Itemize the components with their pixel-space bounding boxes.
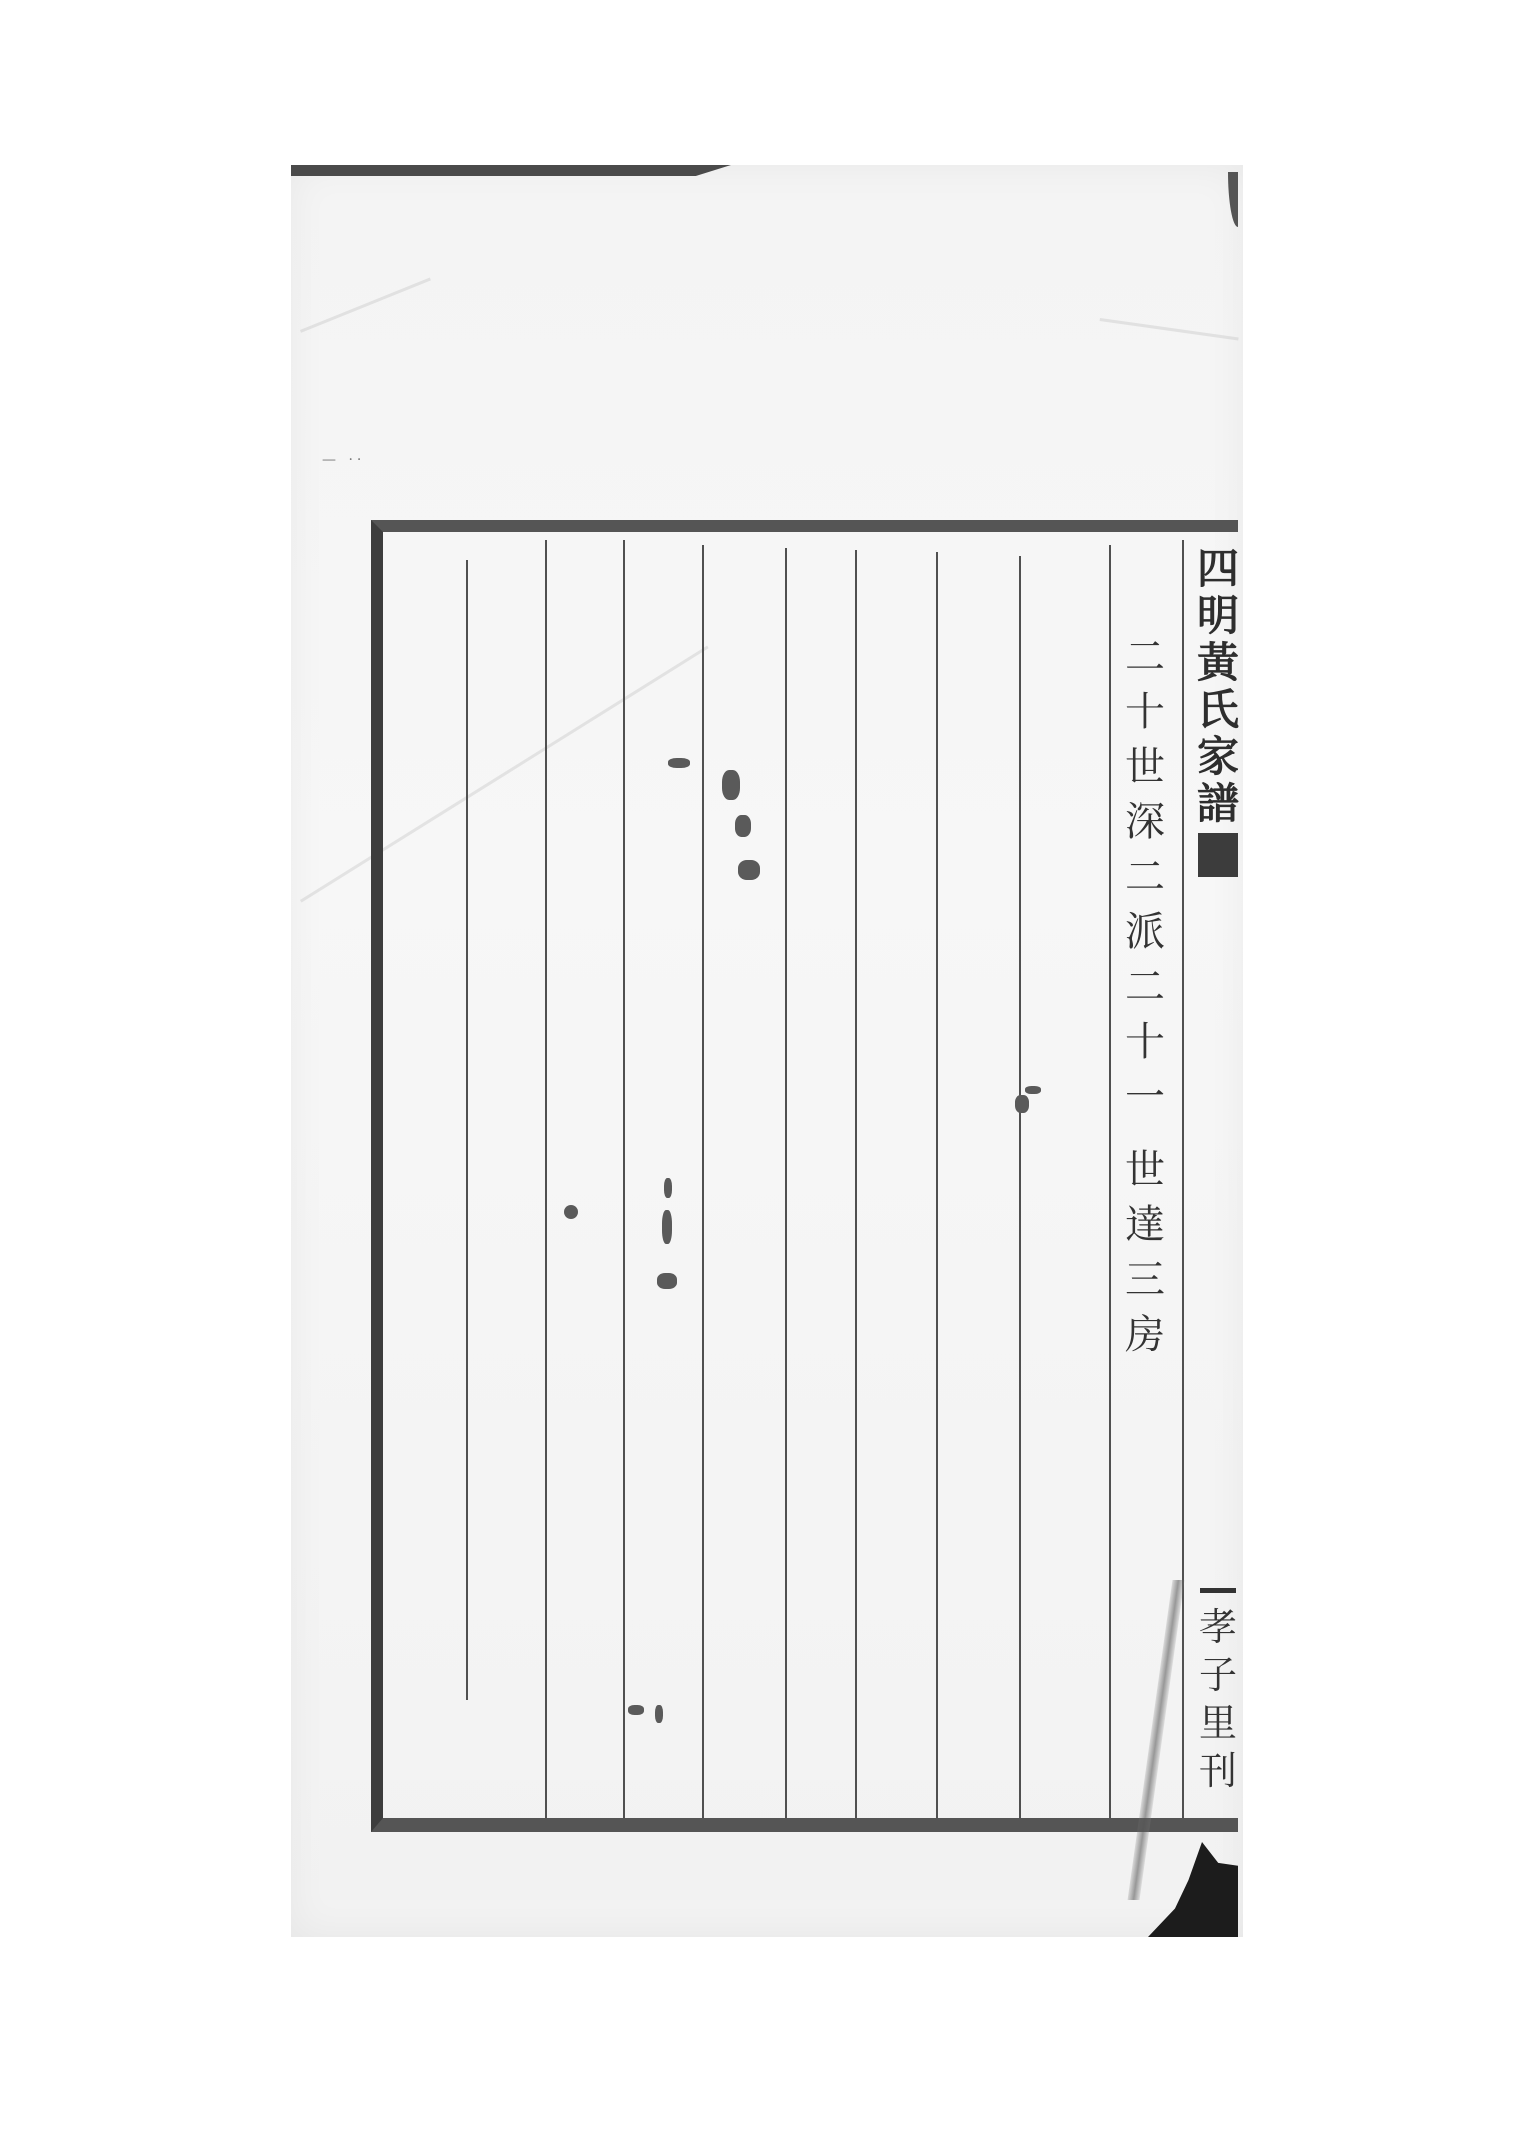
heading-char: 三 [1125,1253,1165,1308]
publisher-imprint: 孝 子 里 刊 [1196,1588,1240,1795]
column-rule [702,545,704,1818]
ink-bleed-mark [1015,1095,1029,1113]
ink-bleed-mark [662,1210,672,1244]
publisher-char: 子 [1199,1651,1237,1699]
title-char: 黃 [1197,639,1239,686]
column-rule [545,540,547,1818]
title-char: 家 [1197,733,1239,780]
heading-char: 二 [1125,630,1165,685]
ink-bleed-mark [655,1705,663,1723]
ink-bleed-mark [657,1273,677,1289]
heading-char: 深 [1125,795,1165,850]
column-rule [785,548,787,1818]
heading-char: 十 [1125,685,1165,740]
column-rule [936,552,938,1818]
title-char: 明 [1197,592,1239,639]
heading-char: 世 [1125,740,1165,795]
page-top-edge-shadow [291,165,731,176]
column-rule [623,540,625,1818]
ink-bleed-mark [664,1178,672,1198]
title-char: 譜 [1197,780,1239,827]
publisher-char: 里 [1199,1699,1237,1747]
ink-bleed-mark [722,770,740,800]
heading-char: 派 [1125,905,1165,960]
title-char: 氏 [1197,686,1239,733]
section-heading: 二 十 世 深 二 派 二 十 一 世 達 三 房 [1120,630,1170,1363]
title-char: 四 [1197,545,1239,592]
column-rule [1182,540,1184,1818]
column-rule [1019,556,1021,1818]
column-rule [855,550,857,1818]
heading-char: 十 [1125,1015,1165,1070]
ink-bleed-mark [668,758,690,768]
ink-bleed-mark [1025,1086,1041,1094]
heading-char: 二 [1125,850,1165,905]
margin-ink-smudge: — ·· [322,452,365,468]
volume-marker-block [1198,833,1238,877]
heading-char: 二 [1125,960,1165,1015]
publisher-char: 孝 [1199,1603,1237,1651]
ink-bleed-mark [735,815,751,837]
ink-bleed-mark [564,1205,578,1219]
ink-bleed-mark [628,1705,644,1715]
heading-char: 達 [1125,1198,1165,1253]
ink-bleed-mark [738,860,760,880]
printed-frame [371,520,1238,1832]
page-number-mark [1200,1588,1236,1593]
heading-char: 世 [1125,1143,1165,1198]
publisher-char: 刊 [1199,1747,1237,1795]
book-title: 四 明 黃 氏 家 譜 [1196,545,1240,877]
heading-char: 一 [1125,1070,1165,1125]
column-rule [466,560,468,1700]
column-rule [1109,545,1111,1818]
heading-char: 房 [1125,1308,1165,1363]
